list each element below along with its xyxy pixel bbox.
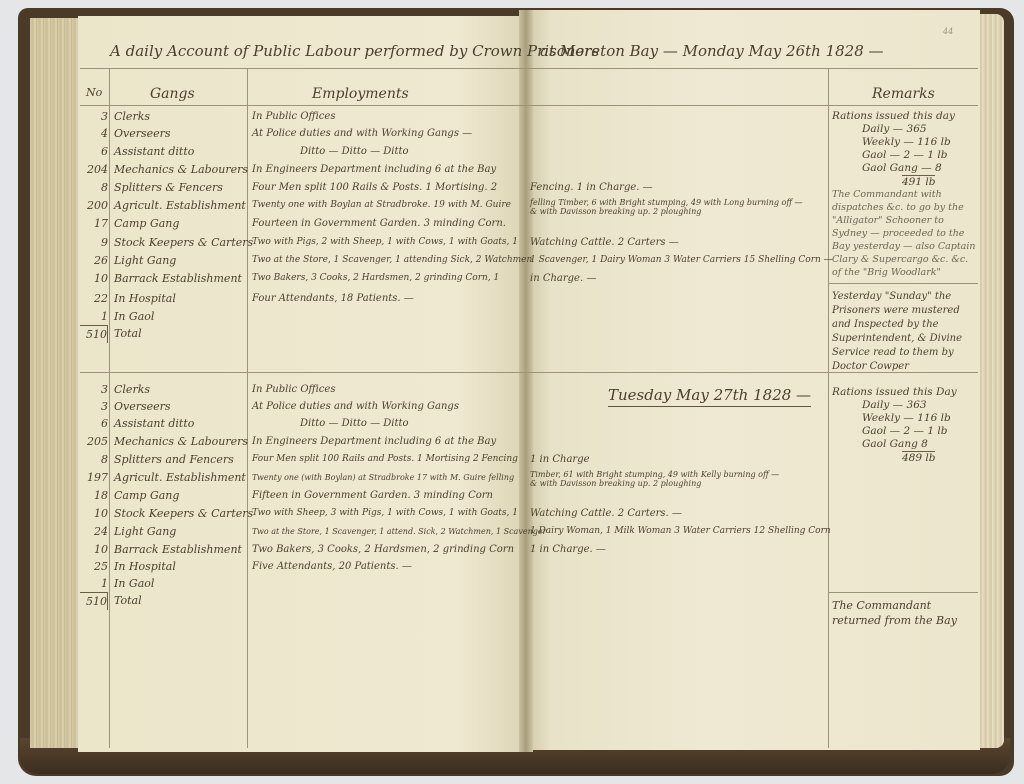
row-gang: Agricult. Establishment bbox=[114, 197, 246, 214]
row-count: 1 bbox=[80, 575, 108, 592]
rations-heading: Rations issued this Day bbox=[832, 386, 978, 399]
row-gang: Overseers bbox=[114, 398, 171, 415]
tuesday-rations: Rations issued this Day Daily — 363 Week… bbox=[832, 386, 978, 465]
row-gang: Stock Keepers & Carters bbox=[114, 234, 253, 251]
monday-remark-commandant: The Commandant with dispatches &c. to go… bbox=[832, 188, 978, 279]
row-gang: Splitters & Fencers bbox=[114, 179, 223, 196]
row-count: 26 bbox=[80, 252, 108, 269]
table-row: 25 In Hospital Five Attendants, 20 Patie… bbox=[0, 558, 1024, 575]
col-header-number: No bbox=[86, 86, 102, 99]
row-employment: Two with Pigs, 2 with Sheep, 1 with Cows… bbox=[252, 234, 518, 251]
row-gang-total: Total bbox=[114, 325, 142, 342]
row-count: 3 bbox=[80, 381, 108, 398]
ration-line: Gaol Gang — 8 bbox=[832, 162, 978, 175]
row-count: 3 bbox=[80, 108, 108, 125]
row-employment-continued: 1 Dairy Woman, 1 Milk Woman 3 Water Carr… bbox=[530, 523, 831, 540]
table-row: 10 Barrack Establishment Two Bakers, 3 C… bbox=[0, 541, 1024, 558]
row-employment-continued: in Charge. — bbox=[530, 270, 596, 287]
row-gang: In Gaol bbox=[114, 575, 154, 592]
row-employment: Four Men split 100 Rails & Posts. 1 Mort… bbox=[252, 179, 497, 196]
row-count: 200 bbox=[80, 197, 108, 214]
row-employment: At Police duties and with Working Gangs bbox=[252, 398, 459, 415]
row-employment: In Public Offices bbox=[252, 381, 335, 398]
row-gang: Light Gang bbox=[114, 523, 176, 540]
row-employment: Four Attendants, 18 Patients. — bbox=[252, 290, 414, 307]
row-gang: Barrack Establishment bbox=[114, 541, 242, 558]
ration-value: 8 bbox=[935, 162, 942, 174]
row-gang: In Gaol bbox=[114, 308, 154, 325]
row-gang: Barrack Establishment bbox=[114, 270, 242, 287]
row-gang: Camp Gang bbox=[114, 215, 179, 232]
ration-label: Gaol — bbox=[862, 149, 900, 161]
ration-label: Daily — bbox=[862, 123, 903, 135]
ration-value: 116 lb bbox=[917, 412, 950, 424]
row-employment: Two at the Store, 1 Scavenger, 1 attendi… bbox=[252, 252, 532, 269]
row-count: 1 bbox=[80, 308, 108, 325]
row-employment: In Public Offices bbox=[252, 108, 335, 125]
row-count: 9 bbox=[80, 234, 108, 251]
ration-line: Gaol Gang 8 bbox=[832, 438, 978, 451]
row-employment-continued: Watching Cattle. 2 Carters. — bbox=[530, 505, 682, 522]
row-employment: At Police duties and with Working Gangs … bbox=[252, 125, 472, 142]
row-employment: Fifteen in Government Garden. 3 minding … bbox=[252, 487, 493, 504]
row-gang: In Hospital bbox=[114, 558, 176, 575]
ledger-title-left: A daily Account of Public Labour perform… bbox=[110, 42, 599, 60]
col-header-remarks: Remarks bbox=[872, 86, 935, 102]
row-gang: Stock Keepers & Carters bbox=[114, 505, 253, 522]
row-employment: Twenty one with Boylan at Stradbroke. 19… bbox=[252, 197, 511, 214]
table-row: 1 In Gaol bbox=[0, 575, 1024, 592]
ration-value: 8 bbox=[921, 438, 928, 450]
rations-total: 491 lb bbox=[902, 175, 935, 189]
row-gang: Mechanics & Labourers bbox=[114, 161, 248, 178]
row-employment: Ditto — Ditto — Ditto bbox=[300, 415, 409, 432]
row-employment-continued: Watching Cattle. 2 Carters — bbox=[530, 234, 679, 251]
ration-value: 116 lb bbox=[917, 136, 950, 148]
row-count: 25 bbox=[80, 558, 108, 575]
rule-header bbox=[80, 105, 978, 106]
table-row: 197 Agricult. Establishment Twenty one (… bbox=[0, 469, 1024, 486]
row-gang: Clerks bbox=[114, 381, 150, 398]
row-count-total: 510 bbox=[80, 592, 108, 610]
row-employment: Five Attendants, 20 Patients. — bbox=[252, 558, 412, 575]
row-count: 10 bbox=[80, 270, 108, 287]
rations-heading: Rations issued this day bbox=[832, 110, 978, 123]
row-count: 197 bbox=[80, 469, 108, 486]
col-header-employments: Employments bbox=[312, 86, 409, 102]
monday-rations: Rations issued this day Daily — 365 Week… bbox=[832, 110, 978, 189]
row-gang: Mechanics & Labourers bbox=[114, 433, 248, 450]
row-employment: In Engineers Department including 6 at t… bbox=[252, 433, 496, 450]
row-count: 10 bbox=[80, 505, 108, 522]
row-count: 6 bbox=[80, 415, 108, 432]
row-count: 204 bbox=[80, 161, 108, 178]
ration-label: Weekly — bbox=[862, 136, 914, 148]
ration-value: 365 bbox=[907, 123, 927, 135]
table-row: 10 Stock Keepers & Carters Two with Shee… bbox=[0, 505, 1024, 522]
row-employment: Twenty one (with Boylan) at Stradbroke 1… bbox=[252, 469, 514, 486]
row-count: 18 bbox=[80, 487, 108, 504]
ration-line: Daily — 365 bbox=[832, 123, 978, 136]
monday-remark-muster: Yesterday "Sunday" the Prisoners were mu… bbox=[832, 290, 978, 374]
ration-value: 363 bbox=[907, 399, 927, 411]
row-gang: Assistant ditto bbox=[114, 143, 194, 160]
row-employment: Two Bakers, 3 Cooks, 2 Hardsmen, 2 grind… bbox=[252, 270, 499, 287]
rule-title bbox=[80, 68, 978, 69]
row-count: 4 bbox=[80, 125, 108, 142]
row-count: 8 bbox=[80, 451, 108, 468]
ration-line: Weekly — 116 lb bbox=[832, 412, 978, 425]
row-count-total: 510 bbox=[80, 325, 108, 343]
ration-label: Gaol Gang — bbox=[862, 162, 932, 174]
row-count: 205 bbox=[80, 433, 108, 450]
row-count: 24 bbox=[80, 523, 108, 540]
row-gang-total: Total bbox=[114, 592, 142, 609]
table-row: 18 Camp Gang Fifteen in Government Garde… bbox=[0, 487, 1024, 504]
row-gang: Overseers bbox=[114, 125, 171, 142]
ration-label: Gaol — bbox=[862, 425, 900, 437]
ledger-title-right: at Moreton Bay — Monday May 26th 1828 — bbox=[540, 42, 884, 60]
table-row: 24 Light Gang Two at the Store, 1 Scaven… bbox=[0, 523, 1024, 540]
row-gang: In Hospital bbox=[114, 290, 176, 307]
row-count: 17 bbox=[80, 215, 108, 232]
row-employment-continued: 1 Scavenger, 1 Dairy Woman 3 Water Carri… bbox=[530, 252, 833, 269]
ration-label: Daily — bbox=[862, 399, 903, 411]
ration-line: Gaol — 2 — 1 lb bbox=[832, 149, 978, 162]
row-employment: Two with Sheep, 3 with Pigs, 1 with Cows… bbox=[252, 505, 518, 522]
col-header-gangs: Gangs bbox=[150, 86, 195, 102]
ration-line: Daily — 363 bbox=[832, 399, 978, 412]
row-count: 6 bbox=[80, 143, 108, 160]
row-gang: Clerks bbox=[114, 108, 150, 125]
row-count: 22 bbox=[80, 290, 108, 307]
row-count: 3 bbox=[80, 398, 108, 415]
tuesday-remark-commandant: The Commandant returned from the Bay bbox=[832, 598, 978, 628]
row-count: 10 bbox=[80, 541, 108, 558]
row-employment: Two at the Store, 1 Scavenger, 1 attend.… bbox=[252, 523, 546, 540]
row-gang: Camp Gang bbox=[114, 487, 179, 504]
row-employment: Two Bakers, 3 Cooks, 2 Hardsmen, 2 grind… bbox=[252, 541, 514, 558]
ration-label: Gaol Gang bbox=[862, 438, 918, 450]
row-employment-continued: 1 in Charge. — bbox=[530, 541, 606, 558]
row-gang: Splitters and Fencers bbox=[114, 451, 234, 468]
row-gang: Light Gang bbox=[114, 252, 176, 269]
row-gang: Assistant ditto bbox=[114, 415, 194, 432]
row-employment: In Engineers Department including 6 at t… bbox=[252, 161, 496, 178]
ration-line: Weekly — 116 lb bbox=[832, 136, 978, 149]
row-employment: Ditto — Ditto — Ditto bbox=[300, 143, 409, 160]
row-count: 8 bbox=[80, 179, 108, 196]
row-gang: Agricult. Establishment bbox=[114, 469, 246, 486]
rations-total: 489 lb bbox=[902, 451, 935, 465]
row-employment: Four Men split 100 Rails and Posts. 1 Mo… bbox=[252, 451, 518, 468]
ration-line: Gaol — 2 — 1 lb bbox=[832, 425, 978, 438]
page-number-mark: 44 bbox=[943, 27, 953, 36]
ration-label: Weekly — bbox=[862, 412, 914, 424]
row-employment: Fourteen in Government Garden. 3 minding… bbox=[252, 215, 506, 232]
ration-value: 2 — 1 lb bbox=[904, 149, 948, 161]
ration-value: 2 — 1 lb bbox=[904, 425, 948, 437]
